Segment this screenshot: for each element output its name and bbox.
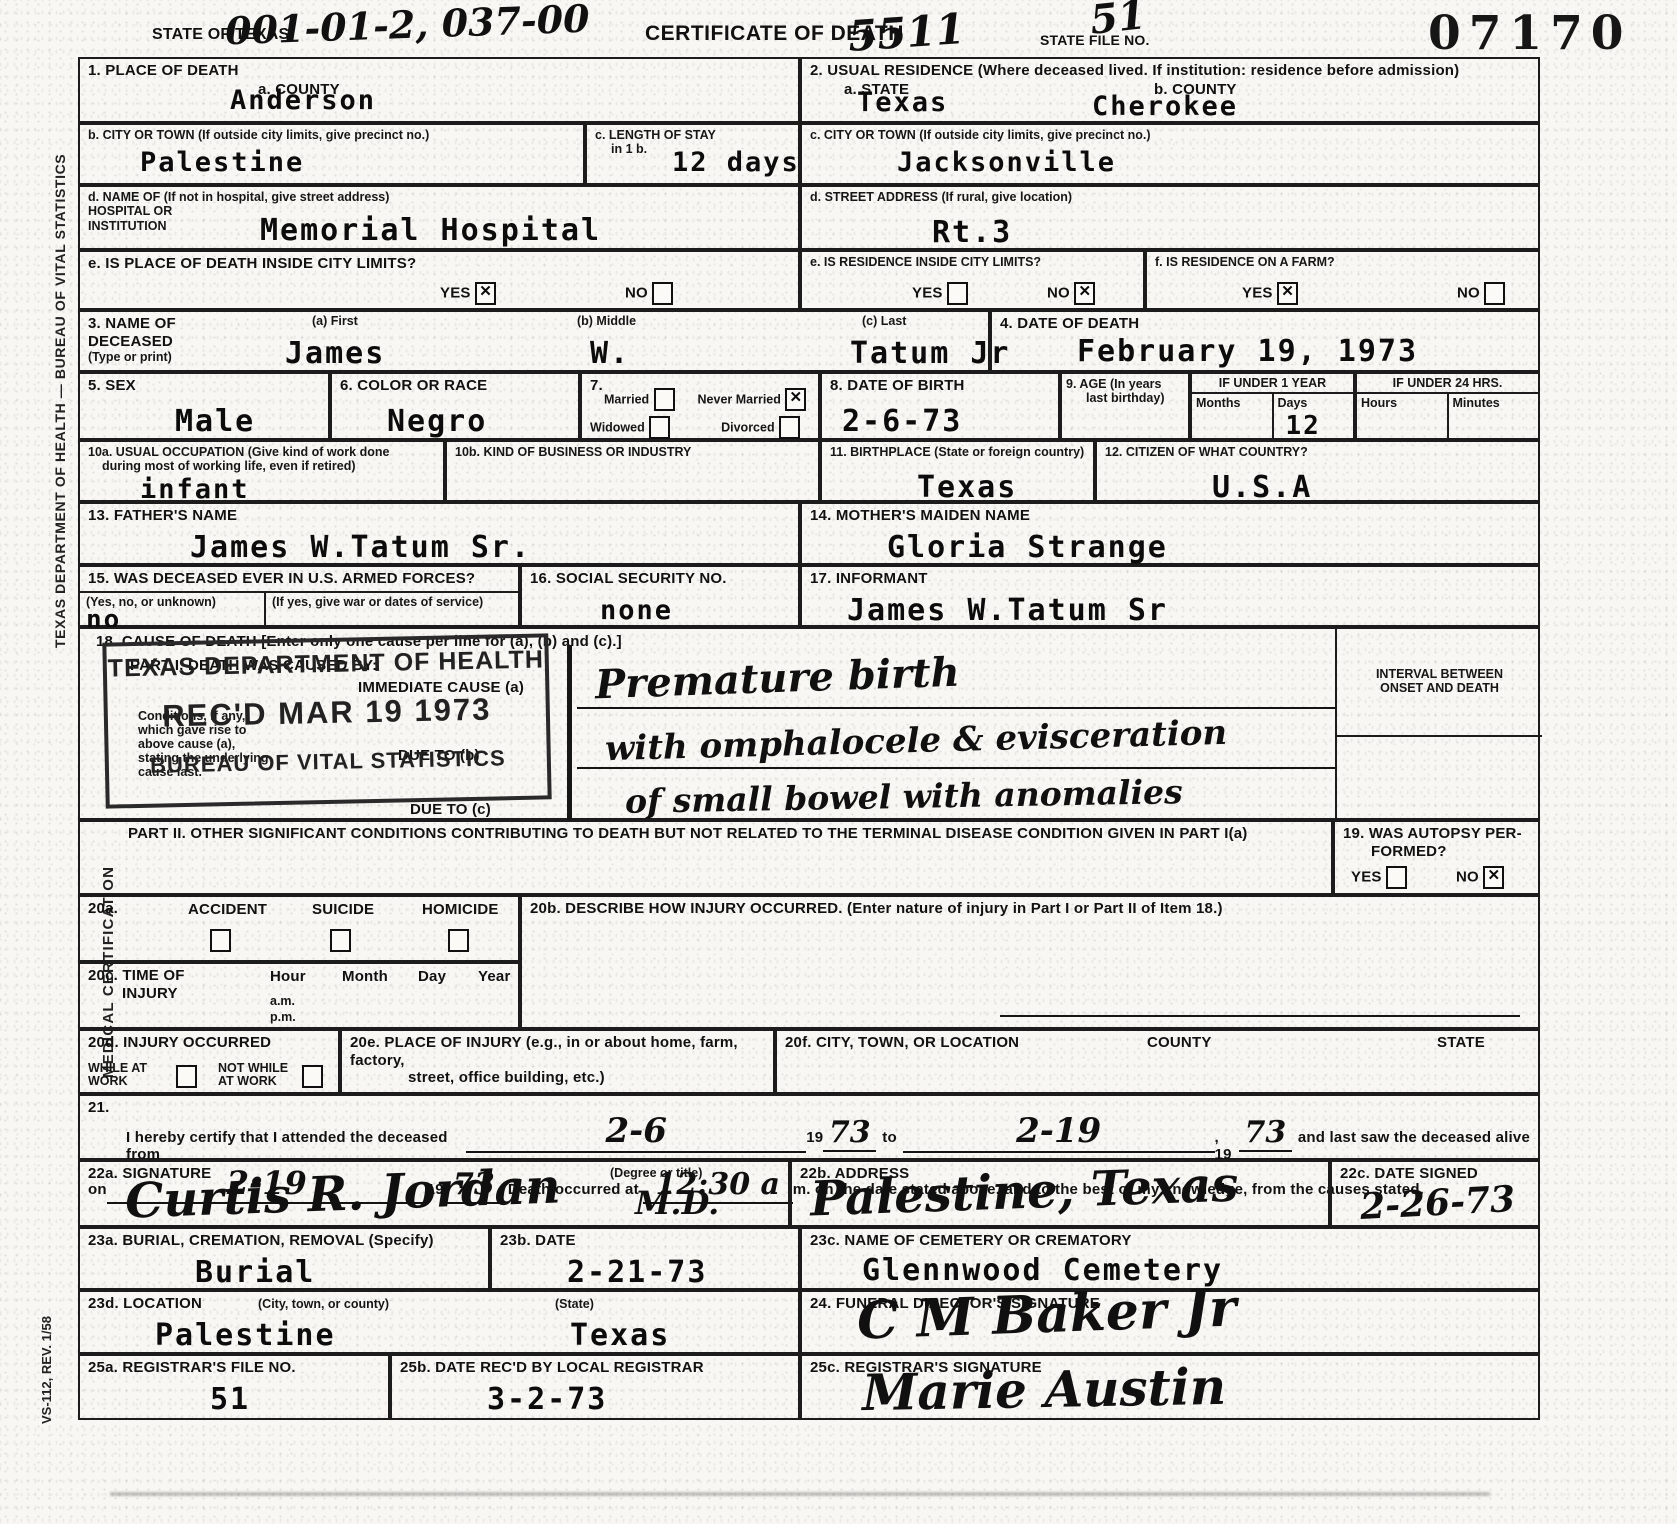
yes-label: YES (1242, 285, 1273, 302)
occupation-label-line1: 10a. USUAL OCCUPATION (Give kind of work… (88, 445, 435, 459)
last-name-label: (c) Last (862, 314, 906, 328)
part2-label: PART II. OTHER SIGNIFICANT CONDITIONS CO… (88, 825, 1323, 843)
autopsy-label-line1: 19. WAS AUTOPSY PER- (1343, 825, 1530, 843)
usual-residence-box: 2. USUAL RESIDENCE (Where deceased lived… (800, 57, 1540, 123)
pm-label: p.m. (270, 1010, 296, 1024)
age-label-line1: 9. AGE (In years (1066, 377, 1184, 391)
cert-hw-from-date: 2-6 (605, 1111, 666, 1151)
age-label-line2: last birthday) (1086, 391, 1184, 405)
street-address-value: Rt.3 (932, 215, 1012, 250)
physician-signature-box: 22a. SIGNATURE Curtis R. Jordan (Degree … (78, 1160, 790, 1227)
cause-line-a: Premature birth (577, 649, 1335, 709)
registrar-file-value: 51 (210, 1382, 250, 1417)
middle-name-label: (b) Middle (577, 314, 636, 328)
place-of-injury-label-line1: 20e. PLACE OF INJURY (e.g., in or about … (350, 1034, 765, 1069)
no-checkbox: ✕ (1074, 282, 1095, 305)
days-label: Days (1278, 396, 1350, 410)
widowed-label: Widowed (590, 421, 645, 435)
burial-location-state: Texas (570, 1318, 670, 1353)
color-or-race-box: 6. COLOR OR RACE Negro (330, 372, 580, 440)
mothers-maiden-name-label: 14. MOTHER'S MAIDEN NAME (810, 507, 1530, 525)
color-or-race-label: 6. COLOR OR RACE (340, 377, 570, 395)
months-label: Months (1196, 396, 1268, 410)
no-label: NO (1456, 869, 1479, 886)
cause-line-c: of small bowel with anomalies (577, 769, 1335, 819)
place-of-death-county-box: 1. PLACE OF DEATH a. COUNTY Anderson (78, 57, 800, 123)
citizen-value: U.S.A (1212, 470, 1312, 505)
date-of-birth-value: 2-6-73 (842, 404, 962, 439)
burial-date-box: 23b. DATE 2-21-73 (490, 1227, 800, 1290)
time-of-injury-label-line2: INJURY (122, 985, 510, 1003)
scan-artifact-line (110, 1492, 1490, 1496)
funeral-director-signature: C M Baker Jr (856, 1277, 1237, 1351)
fathers-name-label: 13. FATHER'S NAME (88, 507, 790, 525)
fathers-name-box: 13. FATHER'S NAME James W.Tatum Sr. (78, 502, 800, 565)
date-signed-value: 2-26-73 (1359, 1178, 1516, 1228)
time-of-injury-box: 20c. TIME OF INJURY Hour Month Day Year … (78, 962, 520, 1029)
hospital-box: d. NAME OF (If not in hospital, give str… (78, 185, 800, 250)
hospital-label-line1: d. NAME OF (If not in hospital, give str… (88, 190, 790, 204)
last-name-value: Tatum Jr (850, 336, 1011, 371)
fathers-name-value: James W.Tatum Sr. (190, 530, 531, 565)
stamp-line3: BUREAU OF VITAL STATISTICS (109, 744, 547, 779)
citizen-box: 12. CITIZEN OF WHAT COUNTRY? U.S.A (1095, 440, 1540, 502)
part2-box: PART II. OTHER SIGNIFICANT CONDITIONS CO… (78, 820, 1333, 895)
first-name-label: (a) First (312, 314, 358, 328)
place-of-injury-box: 20e. PLACE OF INJURY (e.g., in or about … (340, 1029, 775, 1094)
no-label: NO (1047, 285, 1070, 302)
while-at-work-label-line2: WORK (88, 1074, 128, 1088)
length-of-stay-value: 12 days (672, 147, 800, 178)
death-certificate-scan: STATE OF TEXAS 001-01-2, 037-00 CERTIFIC… (0, 0, 1677, 1524)
if-under-1-year-box: IF UNDER 1 YEAR Months Days 12 (1190, 372, 1355, 440)
no-checkbox: ✕ (1483, 866, 1504, 889)
registrar-date-label: 25b. DATE REC'D BY LOCAL REGISTRAR (400, 1359, 790, 1377)
degree-value: M.D. (635, 1184, 719, 1222)
date-signed-box: 22c. DATE SIGNED 2-26-73 (1330, 1160, 1540, 1227)
injury-county-label: COUNTY (1147, 1034, 1212, 1052)
autopsy-label-line2: FORMED? (1371, 843, 1530, 861)
yes-checkbox (1386, 866, 1407, 889)
month-label: Month (342, 968, 388, 986)
cert-hw-to-date: 2-19 (1016, 1111, 1101, 1151)
homicide-checkbox (448, 929, 469, 952)
write-in-divider (567, 645, 572, 822)
date-of-death-box: 4. DATE OF DEATH February 19, 1973 (990, 310, 1540, 372)
date-of-death-label: 4. DATE OF DEATH (1000, 315, 1530, 333)
suicide-checkbox (330, 929, 351, 952)
yes-checkbox: ✕ (475, 282, 496, 305)
describe-injury-label: 20b. DESCRIBE HOW INJURY OCCURRED. (Ente… (530, 900, 1530, 918)
cemetery-label: 23c. NAME OF CEMETERY OR CREMATORY (810, 1232, 1530, 1250)
registrar-signature-box: 25c. REGISTRAR'S SIGNATURE Marie Austin (800, 1354, 1540, 1420)
first-name-value: James (285, 336, 385, 371)
social-security-box: 16. SOCIAL SECURITY NO. none (520, 565, 800, 627)
yes-checkbox (947, 282, 968, 305)
divorced-label: Divorced (721, 421, 775, 435)
interval-label-line2: ONSET AND DEATH (1337, 681, 1542, 695)
while-at-work-checkbox (176, 1065, 197, 1088)
accident-suicide-homicide-box: 20a. ACCIDENT SUICIDE HOMICIDE (78, 895, 520, 962)
accident-label: ACCIDENT (188, 901, 267, 919)
sex-box: 5. SEX Male (78, 372, 330, 440)
cert-hw-year-1: 73 (829, 1115, 871, 1150)
registrar-file-label: 25a. REGISTRAR'S FILE NO. (88, 1359, 380, 1377)
cert-text-to: to (882, 1129, 897, 1147)
hospital-value: Memorial Hospital (260, 213, 601, 248)
date-of-birth-box: 8. DATE OF BIRTH 2-6-73 (820, 372, 1060, 440)
city-or-town-label: b. CITY OR TOWN (If outside city limits,… (88, 128, 575, 142)
year-label: Year (478, 968, 511, 986)
cause-a-handwriting: Premature birth (594, 649, 960, 709)
residence-city-label: c. CITY OR TOWN (If outside city limits,… (810, 128, 1530, 142)
stamp-line1: TEXAS DEPARTMENT OF HEALTH (107, 645, 546, 683)
state-sublabel: (State) (555, 1297, 594, 1311)
yes-label: YES (440, 285, 471, 302)
funeral-director-box: 24. FUNERAL DIRECTOR'S SIGNATURE C M Bak… (800, 1290, 1540, 1354)
burial-location-box: 23d. LOCATION (City, town, or county) (S… (78, 1290, 800, 1354)
never-married-label: Never Married (698, 393, 781, 407)
burial-label: 23a. BURIAL, CREMATION, REMOVAL (Specify… (88, 1232, 480, 1250)
handwritten-file-code: 001-01-2, 037-00 (224, 0, 590, 53)
residence-on-farm-label: f. IS RESIDENCE ON A FARM? (1155, 255, 1530, 269)
length-of-stay-box: c. LENGTH OF STAY in 1 b. 12 days (585, 123, 800, 185)
mothers-maiden-name-value: Gloria Strange (887, 530, 1168, 565)
physician-address-box: 22b. ADDRESS Palestine, Texas (790, 1160, 1330, 1227)
margin-form-number: VS-112, REV. 1/58 (40, 1316, 55, 1424)
registrar-file-box: 25a. REGISTRAR'S FILE NO. 51 (78, 1354, 390, 1420)
street-address-box: d. STREET ADDRESS (If rural, give locati… (800, 185, 1540, 250)
yes-checkbox: ✕ (1277, 282, 1298, 305)
kind-of-business-box: 10b. KIND OF BUSINESS OR INDUSTRY (445, 440, 820, 502)
armed-forces-box: 15. WAS DECEASED EVER IN U.S. ARMED FORC… (78, 565, 520, 627)
married-label: Married (604, 393, 649, 407)
social-security-value: none (600, 595, 673, 626)
injury-answer-line (1000, 1015, 1520, 1017)
registrar-signature: Marie Austin (862, 1357, 1227, 1422)
divorced-checkbox (779, 416, 800, 439)
middle-name-value: W. (590, 336, 630, 371)
death-inside-city-limits-box: e. IS PLACE OF DEATH INSIDE CITY LIMITS?… (78, 250, 800, 310)
certificate-number-stamp: 07170 (1428, 6, 1632, 61)
injury-occurred-label: 20d. INJURY OCCURRED (88, 1034, 330, 1052)
homicide-label: HOMICIDE (422, 901, 499, 919)
place-of-injury-label-line2: street, office building, etc.) (408, 1069, 765, 1087)
hour-label: Hour (270, 968, 306, 986)
burial-box: 23a. BURIAL, CREMATION, REMOVAL (Specify… (78, 1227, 490, 1290)
no-checkbox (1484, 282, 1505, 305)
if-under-24-hrs-label: IF UNDER 24 HRS. (1357, 374, 1538, 394)
birthplace-box: 11. BIRTHPLACE (State or foreign country… (820, 440, 1095, 502)
registrar-date-box: 25b. DATE REC'D BY LOCAL REGISTRAR 3-2-7… (390, 1354, 800, 1420)
not-while-at-work-label-line2: AT WORK (218, 1074, 277, 1088)
state-file-no-label: STATE FILE NO. (1040, 32, 1150, 49)
residence-inside-city-limits-label: e. IS RESIDENCE INSIDE CITY LIMITS? (810, 255, 1135, 269)
interval-column: INTERVAL BETWEEN ONSET AND DEATH (1335, 629, 1542, 822)
burial-location-label: 23d. LOCATION (88, 1295, 202, 1312)
injury-city-box: 20f. CITY, TOWN, OR LOCATION COUNTY STAT… (775, 1029, 1540, 1094)
no-label: NO (1457, 285, 1480, 302)
margin-department-label: TEXAS DEPARTMENT OF HEALTH — BUREAU OF V… (52, 154, 68, 648)
residence-city-value: Jacksonville (897, 147, 1116, 178)
street-address-label: d. STREET ADDRESS (If rural, give locati… (810, 190, 1530, 204)
suicide-label: SUICIDE (312, 901, 374, 919)
burial-value: Burial (195, 1255, 315, 1290)
married-checkbox (654, 388, 675, 411)
residence-city-box: c. CITY OR TOWN (If outside city limits,… (800, 123, 1540, 185)
occupation-label-line2: during most of working life, even if ret… (102, 459, 435, 473)
stamp-line2: REC'D MAR 19 1973 (108, 690, 547, 735)
length-of-stay-label: c. LENGTH OF STAY (595, 128, 790, 142)
residence-inside-city-limits-box: e. IS RESIDENCE INSIDE CITY LIMITS? YES … (800, 250, 1145, 310)
death-inside-city-limits-label: e. IS PLACE OF DEATH INSIDE CITY LIMITS? (88, 255, 790, 273)
informant-value: James W.Tatum Sr (847, 593, 1168, 628)
certification-box: 21. I hereby certify that I attended the… (78, 1094, 1540, 1160)
birthplace-value: Texas (917, 470, 1017, 505)
no-checkbox (652, 282, 673, 305)
date-of-death-value: February 19, 1973 (1077, 334, 1418, 369)
name-title-line3: (Type or print) (88, 350, 980, 364)
name-of-deceased-box: 3. NAME OF DECEASED (Type or print) (a) … (78, 310, 990, 372)
county-value: Anderson (230, 85, 376, 116)
mothers-maiden-name-box: 14. MOTHER'S MAIDEN NAME Gloria Strange (800, 502, 1540, 565)
burial-date-value: 2-21-73 (567, 1255, 707, 1290)
color-or-race-value: Negro (387, 404, 487, 439)
injury-state-label: STATE (1437, 1034, 1485, 1052)
city-town-county-sublabel: (City, town, or county) (258, 1297, 389, 1311)
birthplace-label: 11. BIRTHPLACE (State or foreign country… (830, 445, 1085, 459)
city-or-town-value: Palestine (140, 147, 304, 178)
name-title-line1: 3. NAME OF (88, 315, 980, 333)
cause-line-b: with omphalocele & evisceration (577, 709, 1335, 769)
if-under-24-hrs-box: IF UNDER 24 HRS. Hours Minutes (1355, 372, 1540, 440)
armed-forces-sub2: (If yes, give war or dates of service) (272, 595, 512, 609)
am-label: a.m. (270, 994, 295, 1008)
residence-on-farm-box: f. IS RESIDENCE ON A FARM? YES ✕ NO (1145, 250, 1540, 310)
interval-label-line1: INTERVAL BETWEEN (1337, 667, 1542, 681)
usual-occupation-box: 10a. USUAL OCCUPATION (Give kind of work… (78, 440, 445, 502)
minutes-label: Minutes (1453, 396, 1535, 410)
cause-c-handwriting: of small bowel with anomalies (625, 772, 1183, 821)
marital-status-box: 7. Married Never Married ✕ Widowed Divor… (580, 372, 820, 440)
degree-or-title-label: (Degree or title) (610, 1166, 702, 1180)
usual-residence-title: 2. USUAL RESIDENCE (Where deceased lived… (810, 62, 1530, 80)
residence-state-value: Texas (857, 87, 948, 118)
due-to-c-label: DUE TO (c) (410, 801, 491, 819)
age-box: 9. AGE (In years last birthday) (1060, 372, 1190, 440)
accident-checkbox (210, 929, 231, 952)
cert-text-3: and last saw the deceased alive (1298, 1129, 1530, 1147)
armed-forces-label: 15. WAS DECEASED EVER IN U.S. ARMED FORC… (80, 567, 518, 593)
informant-box: 17. INFORMANT James W.Tatum Sr (800, 565, 1540, 627)
informant-label: 17. INFORMANT (810, 570, 1530, 588)
if-under-1-year-label: IF UNDER 1 YEAR (1192, 374, 1353, 394)
autopsy-box: 19. WAS AUTOPSY PER- FORMED? YES NO ✕ (1333, 820, 1540, 895)
sex-value: Male (175, 404, 255, 439)
city-or-town-box: b. CITY OR TOWN (If outside city limits,… (78, 123, 585, 185)
cert-year-1: 19 (806, 1129, 823, 1147)
yes-label: YES (1351, 869, 1382, 886)
burial-date-label: 23b. DATE (500, 1232, 790, 1250)
date-of-birth-label: 8. DATE OF BIRTH (830, 377, 1050, 395)
describe-injury-box: 20b. DESCRIBE HOW INJURY OCCURRED. (Ente… (520, 895, 1540, 1029)
no-label: NO (625, 285, 648, 302)
place-of-death-title: 1. PLACE OF DEATH (88, 62, 790, 80)
not-while-at-work-checkbox (302, 1065, 323, 1088)
widowed-checkbox (649, 416, 670, 439)
citizen-label: 12. CITIZEN OF WHAT COUNTRY? (1105, 445, 1530, 459)
cert-hw-year-2: 73 (1245, 1115, 1287, 1150)
injury-occurred-box: 20d. INJURY OCCURRED WHILE AT WORK NOT W… (78, 1029, 340, 1094)
burial-location-city: Palestine (155, 1318, 336, 1353)
sex-label: 5. SEX (88, 377, 320, 395)
cert-text-1: I hereby certify that I attended the dec… (126, 1129, 466, 1164)
days-value: 12 (1286, 411, 1350, 441)
residence-county-value: Cherokee (1092, 91, 1238, 122)
yes-label: YES (912, 285, 943, 302)
handwritten-5511: 5511 (846, 4, 966, 61)
registrar-date-value: 3-2-73 (487, 1382, 607, 1417)
day-label: Day (418, 968, 446, 986)
box-20a-number: 20a. (88, 900, 118, 917)
cause-b-handwriting: with omphalocele & evisceration (605, 713, 1228, 769)
occupation-value: infant (140, 474, 250, 505)
received-stamp: TEXAS DEPARTMENT OF HEALTH REC'D MAR 19 … (102, 633, 551, 808)
kind-of-business-label: 10b. KIND OF BUSINESS OR INDUSTRY (455, 445, 810, 459)
social-security-label: 16. SOCIAL SECURITY NO. (530, 570, 790, 588)
name-title-line2: DECEASED (88, 333, 980, 351)
hours-label: Hours (1361, 396, 1443, 410)
never-married-checkbox: ✕ (785, 388, 806, 411)
